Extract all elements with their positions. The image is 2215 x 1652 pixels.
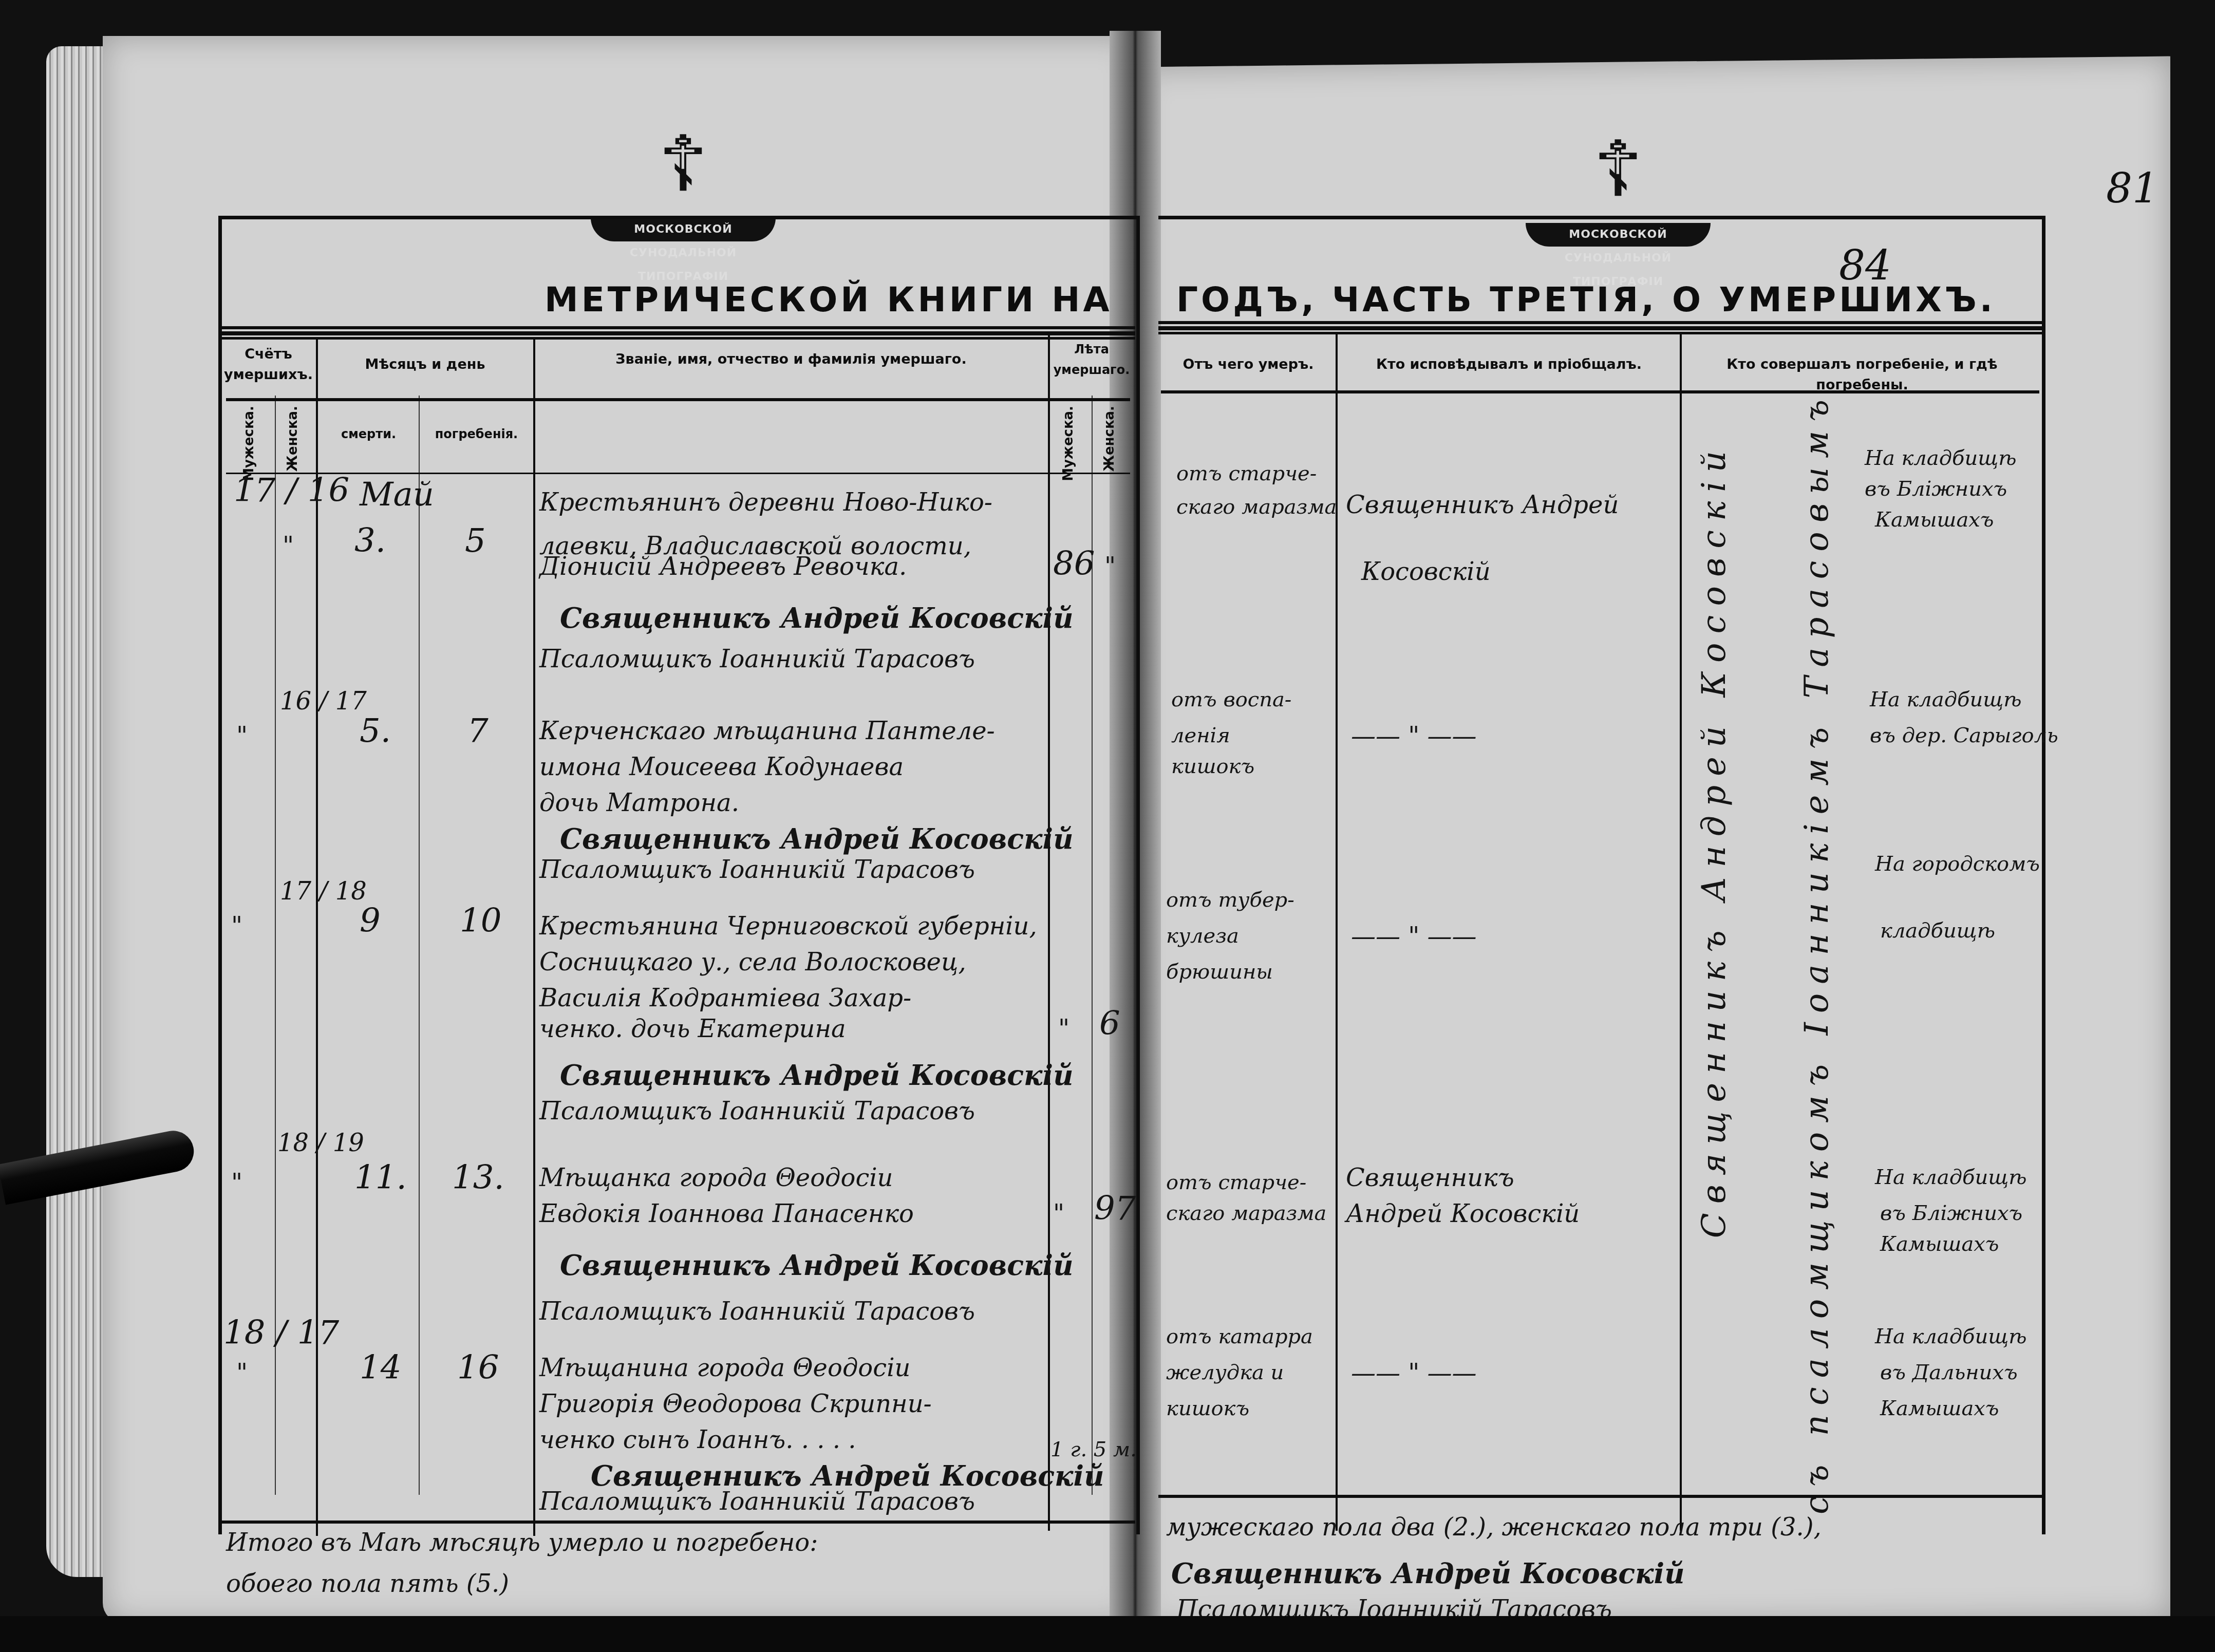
entry-1-signature-clerk: Псаломщикъ Іоанникій Тарасовъ [539, 637, 975, 681]
entry-3-death-day: 9 [360, 899, 381, 943]
summary-left-line-2: обоего пола пять (5.) [226, 1562, 509, 1606]
col-header-identity: Званіе, имя, отчество и фамилія умершаго… [537, 349, 1045, 370]
entry-2-signature-clerk: Псаломщикъ Іоанникій Тарасовъ [539, 848, 975, 892]
entry-1-burial-place-2: въ Бліжнихъ [1865, 473, 2007, 505]
entry-4-count-female: 18 / 19 [277, 1125, 364, 1161]
col-header-count-male: Мужеска. [241, 406, 257, 481]
entry-2-death-day: 5. [360, 709, 391, 753]
entry-1-count-male: 17 / 16 [234, 473, 349, 509]
summary-rule-right [1158, 1495, 2042, 1498]
entry-5-burial-place-1: На кладбищѣ [1875, 1320, 2027, 1353]
scan-background [0, 1616, 2215, 1652]
entry-1-burial-day: 5 [465, 519, 486, 563]
entry-4-burial-day: 13. [452, 1156, 504, 1200]
entry-5-signature-clerk: Псаломщикъ Іоанникій Тарасовъ [539, 1479, 975, 1524]
entry-4-burial-place-2: въ Бліжнихъ [1880, 1197, 2022, 1230]
entry-1-age-male: 86 [1053, 542, 1095, 586]
entry-4-signature-clerk: Псаломщикъ Іоанникій Тарасовъ [539, 1289, 975, 1334]
entry-2-confessor-ditto: —— " —— [1351, 714, 1477, 758]
entry-1-burial-place-1: На кладбищѣ [1865, 442, 2017, 475]
entry-3-confessor-ditto: —— " —— [1351, 914, 1477, 959]
col-divider [533, 339, 535, 1536]
entry-2-burial-place-1: На кладбищѣ [1870, 683, 2022, 716]
entry-4-confessor-line-2: Андрей Косовскій [1346, 1192, 1580, 1236]
header-rule-left [221, 326, 1135, 340]
entry-3-burial-place-1: На городскомъ [1875, 848, 2040, 880]
entry-5-burial-day: 16 [457, 1346, 499, 1390]
entry-1-identity-line-3: Діонисій Андреевъ Ревочка. [539, 545, 907, 589]
entry-4-cause-line-1: отъ старче- [1166, 1166, 1306, 1199]
entry-3-cause-line-3: брюшины [1166, 955, 1273, 988]
entry-5-death-day: 14 [360, 1346, 401, 1390]
entry-5-confessor-ditto: —— " —— [1351, 1351, 1477, 1395]
entry-4-age-female: 97 [1094, 1187, 1136, 1231]
burial-clerk-vertical: съ псаломщикомъ Іоанникіемъ Тарасовымъ [1798, 390, 1836, 1514]
double-headed-eagle-icon: ☦ [601, 123, 765, 205]
entry-2-count-male: " [236, 714, 248, 758]
entry-5-burial-place-2: въ Дальнихъ [1880, 1356, 2018, 1389]
entry-1-cause-line-1: отъ старче- [1176, 457, 1317, 490]
entry-1-confessor-line-1: Священникъ Андрей [1346, 483, 1619, 527]
entry-3-burial-place-2: кладбищѣ [1880, 914, 1995, 947]
col-header-death: смерти. [318, 424, 419, 444]
entry-1-death-day: 3. [354, 519, 386, 563]
entry-3-signature-clerk: Псаломщикъ Іоанникій Тарасовъ [539, 1089, 975, 1133]
col-header-age-female: Женска. [1102, 406, 1117, 472]
entry-1-burial-place-3: Камышахъ [1875, 503, 1994, 536]
entry-5-count-male: 18 / 17 [223, 1315, 339, 1351]
col-header-count-female: Женска. [285, 406, 301, 472]
entry-1-month: Май [360, 473, 434, 517]
col-divider [1680, 334, 1682, 1531]
col-header-count: Счётъ умершихъ. [221, 344, 316, 385]
entry-2-cause-line-1: отъ воспа- [1171, 683, 1291, 716]
header-rule-right [1158, 321, 2042, 334]
col-header-burial-by: Кто совершалъ погребеніе, и гдѣ погребен… [1682, 354, 2042, 396]
entry-4-burial-place-3: Камышахъ [1880, 1228, 1999, 1261]
entry-4-count-male: " [231, 1161, 242, 1205]
entry-2-burial-day: 7 [467, 709, 489, 753]
entry-1-signature-priest: Священникъ Андрей Косовскій [560, 596, 1073, 640]
entry-2-count-female: 16 / 17 [280, 683, 367, 719]
entry-4-age-male: " [1053, 1192, 1064, 1236]
entry-3-cause-line-1: отъ тубер- [1166, 884, 1294, 916]
burial-officiant-vertical: Священникъ Андрей Косовскій [1695, 442, 1733, 1238]
entry-3-cause-line-2: кулеза [1166, 919, 1239, 952]
entry-1-confessor-line-2: Косовскій [1361, 550, 1491, 594]
col-divider [316, 339, 318, 1536]
entry-3-age-female: 6 [1099, 1002, 1120, 1046]
col-header-age-male: Мужеска. [1061, 406, 1076, 481]
header-bottom-rule [226, 398, 1130, 401]
col-header-age: Лѣта умершаго. [1050, 339, 1133, 380]
entry-5-cause-line-3: кишокъ [1166, 1392, 1249, 1425]
entry-4-burial-place-1: На кладбищѣ [1875, 1161, 2027, 1194]
entry-4-cause-line-2: скаго маразма [1166, 1197, 1326, 1230]
double-headed-eagle-icon: ☦ [1536, 128, 1700, 211]
entry-3-identity-line-4: ченко. дочь Екатерина [539, 1007, 846, 1051]
page-number-ink: 81 [2106, 164, 2158, 212]
entry-2-cause-line-2: ленія [1171, 719, 1230, 752]
entry-3-count-male: " [231, 904, 242, 948]
entry-5-cause-line-1: отъ катарра [1166, 1320, 1313, 1353]
col-header-month-day: Мѣсяцъ и день [318, 354, 532, 375]
entry-1-cause-line-2: скаго маразма [1176, 491, 1337, 523]
entry-4-death-day: 11. [354, 1156, 407, 1200]
entry-3-count-female: 17 / 18 [280, 873, 367, 909]
entry-1-age-female: " [1104, 545, 1116, 589]
entry-5-count-female: " [236, 1351, 248, 1395]
col-header-burial: погребенія. [421, 424, 532, 444]
col-divider [1048, 334, 1050, 1531]
entry-1-identity-line-1: Крестьянинъ деревни Ново-Нико- [539, 480, 992, 524]
col-divider [419, 396, 420, 1495]
entry-1-count-female: " [283, 524, 294, 568]
entry-5-cause-line-2: желудка и [1166, 1356, 1284, 1389]
summary-right-line-1: мужескаго пола два (2.), женскаго пола т… [1166, 1505, 1822, 1549]
entry-3-burial-day: 10 [460, 899, 501, 943]
entry-2-burial-place-2: въ дер. Сарыголь [1870, 719, 2058, 752]
entry-5-burial-place-3: Камышахъ [1880, 1392, 1999, 1425]
entry-3-age-male: " [1058, 1007, 1069, 1051]
col-header-cause: Отъ чего умеръ. [1161, 354, 1336, 375]
entry-2-cause-line-3: кишокъ [1171, 750, 1254, 783]
col-header-confessor: Кто исповѣдывалъ и пріобщалъ. [1338, 354, 1680, 375]
summary-left-line-1: Итого въ Маѣ мѣсяцѣ умерло и погребено: [226, 1520, 818, 1565]
entry-4-identity-line-2: Евдокія Іоаннова Панасенко [539, 1192, 914, 1236]
entry-4-signature-priest: Священникъ Андрей Косовскій [560, 1243, 1073, 1287]
